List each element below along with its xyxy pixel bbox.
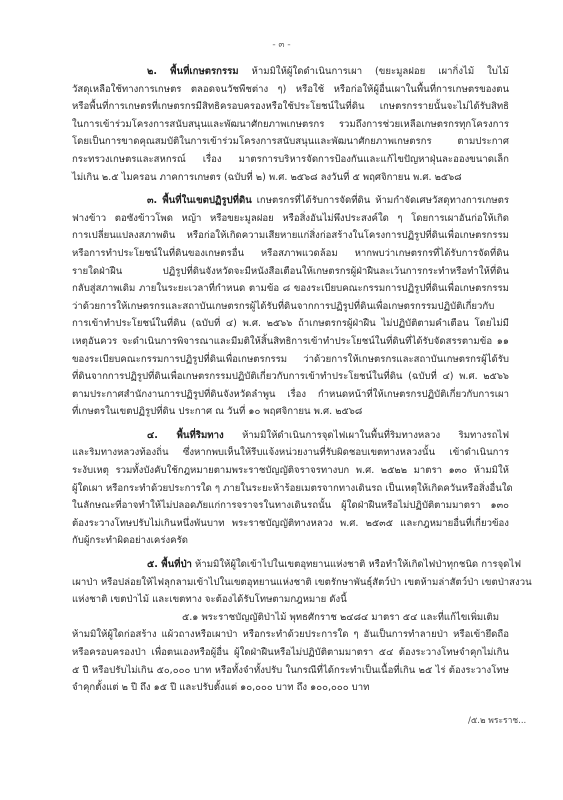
paragraph-line: โดยเป็นการขาดคุณสมบัติในการเข้าร่วมโครงก… — [72, 133, 509, 151]
paragraph-line: แห่งชาติ เขตป่าไม้ และเขตทาง จะต้องได้รั… — [72, 591, 509, 609]
continuation-marker: /๕.๒ พระราช... — [468, 713, 526, 727]
section-heading: ๒. พื้นที่เกษตรกรรม — [147, 66, 239, 77]
paragraph-line: ๔. พื้นที่ริมทาง ห้ามมิให้ดำเนินการจุดไฟ… — [72, 427, 509, 445]
paragraph-line: ในลักษณะที่อาจทำให้ไม่ปลอดภัยแก่การจราจร… — [72, 497, 509, 515]
paragraph-line: การเข้าทำประโยชน์ในที่ดิน (ฉบับที่ ๔) พ.… — [72, 315, 509, 333]
paragraph-line: ๕. พื้นที่ป่า ห้ามมิให้ผู้ใดเข้าไปในเขตอ… — [72, 556, 509, 574]
paragraph-line: และริมทางหลวงท้องถิ่น ซึ่งหากพบเห็นให้รี… — [72, 444, 509, 462]
section-agricultural-area: ๒. พื้นที่เกษตรกรรม ห้ามมิให้ผู้ใดดำเนิน… — [72, 63, 509, 186]
paragraph-line: เหตุอันควร จะดำเนินการพิจารณาและมีมติให้… — [72, 333, 509, 351]
paragraph-line: ๓. พื้นที่ในเขตปฏิรูปที่ดิน เกษตรกรที่ได… — [72, 192, 509, 210]
section-heading: ๓. พื้นที่ในเขตปฏิรูปที่ดิน — [147, 195, 252, 206]
paragraph-line: กับผู้กระทำผิดอย่างเคร่งครัด — [72, 532, 509, 550]
paragraph-line: ที่ดินจากการปฏิรูปที่ดินเพื่อเกษตรกรรมปฏ… — [72, 368, 509, 386]
paragraph-line: ๒. พื้นที่เกษตรกรรม ห้ามมิให้ผู้ใดดำเนิน… — [72, 63, 509, 81]
paragraph-line: ห้ามมิให้ผู้ใดก่อสร้าง แผ้วถางหรือเผาป่า… — [72, 626, 509, 644]
paragraph-line: รายใดฝ่าฝืน ปฏิรูปที่ดินจังหวัดจะมีหนังส… — [72, 263, 509, 281]
paragraph-line: การเปลี่ยนแปลงสภาพดิน หรือก่อให้เกิดความ… — [72, 227, 509, 245]
paragraph-line: กลับสู่สภาพเดิม ภายในระยะเวลาที่กำหนด ตา… — [72, 280, 509, 298]
paragraph-line: ตามประกาศสำนักงานการปฏิรูปที่ดินจังหวัดล… — [72, 386, 509, 404]
line-text: เกษตรกรที่ได้รับการจัดที่ดิน ห้ามกำจัดเศ… — [252, 195, 509, 206]
subsection-forest-act: ๕.๑ พระราชบัญญัติป่าไม้ พุทธศักราช ๒๔๘๔ … — [72, 609, 509, 697]
document-body: ๒. พื้นที่เกษตรกรรม ห้ามมิให้ผู้ใดดำเนิน… — [72, 63, 509, 697]
paragraph-line: ๕ ปี หรือปรับไม่เกิน ๕๐,๐๐๐ บาท หรือทั้ง… — [72, 662, 509, 680]
paragraph-line: วัสดุเหลือใช้ทางการเกษตร ตลอดจนวัชพืชต่า… — [72, 81, 509, 99]
paragraph-line: จำคุกตั้งแต่ ๒ ปี ถึง ๑๕ ปี และปรับตั้งแ… — [72, 679, 509, 697]
line-text: ห้ามมิให้ผู้ใดเข้าไปในเขตอุทยานแห่งชาติ … — [192, 559, 521, 570]
paragraph-line: ฟางข้าว ตอซังข้าวโพด หญ้า หรือขยะมูลฝอย … — [72, 210, 509, 228]
section-heading: ๕. พื้นที่ป่า — [147, 559, 192, 570]
paragraph-line: ของระเบียบคณะกรรมการปฏิรูปที่ดินเพื่อเกษ… — [72, 351, 509, 369]
paragraph-line: หรือพื้นที่การเกษตรที่เกษตรกรมีสิทธิครอบ… — [72, 98, 509, 116]
section-forest-area: ๕. พื้นที่ป่า ห้ามมิให้ผู้ใดเข้าไปในเขตอ… — [72, 556, 509, 609]
paragraph-line: ที่เกษตรในเขตปฏิรูปที่ดิน ประกาศ ณ วันที… — [72, 403, 509, 421]
paragraph-line: ๕.๑ พระราชบัญญัติป่าไม้ พุทธศักราช ๒๔๘๔ … — [72, 609, 509, 627]
paragraph-line: เผาป่า หรือปล่อยให้ไฟลุกลามเข้าไปในเขตอุ… — [72, 574, 509, 592]
line-text: ห้ามมิให้ดำเนินการจุดไฟเผาในพื้นที่ริมทา… — [224, 430, 509, 441]
paragraph-line: ในการเข้าร่วมโครงการสนับสนุนและพัฒนาศักย… — [72, 116, 509, 134]
paragraph-line: ว่าด้วยการให้เกษตรกรและสถาบันเกษตรกรผู้ไ… — [72, 298, 509, 316]
section-heading: ๔. พื้นที่ริมทาง — [147, 430, 224, 441]
line-text: ห้ามมิให้ผู้ใดดำเนินการเผา (ขยะมูลฝอย เผ… — [239, 66, 509, 77]
section-land-reform-area: ๓. พื้นที่ในเขตปฏิรูปที่ดิน เกษตรกรที่ได… — [72, 192, 509, 421]
paragraph-line: หรือครอบครองป่า เพื่อตนเองหรือผู้อื่น ผู… — [72, 644, 509, 662]
paragraph-line: กระทรวงเกษตรและสหกรณ์ เรื่อง มาตรการบริห… — [72, 151, 509, 169]
paragraph-line: ไม่เกิน ๒.๕ ไมครอน ภาคการเกษตร (ฉบับที่ … — [72, 169, 509, 187]
paragraph-line: หรือการทำประโยชน์ในที่ดินของเกษตรอื่น หร… — [72, 245, 509, 263]
page-number: - ๓ - — [0, 37, 563, 51]
section-roadside-area: ๔. พื้นที่ริมทาง ห้ามมิให้ดำเนินการจุดไฟ… — [72, 427, 509, 550]
paragraph-line: ผู้ใดเผา หรือกระทำด้วยประการใด ๆ ภายในระ… — [72, 480, 509, 498]
paragraph-line: ต้องระวางโทษปรับไม่เกินหนึ่งพันบาท พระรา… — [72, 515, 509, 533]
paragraph-line: ระงับเหตุ รวมทั้งบังคับใช้กฎหมายตามพระรา… — [72, 462, 509, 480]
